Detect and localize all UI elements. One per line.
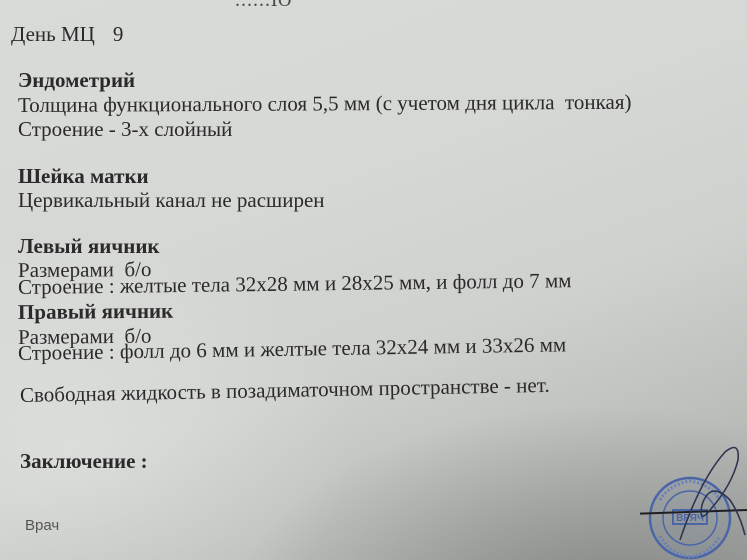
header-partial-text: ......Ю [235,0,293,12]
endometrium-structure: Строение - 3-х слойный [18,117,232,142]
cervix-heading: Шейка матки [18,164,149,189]
left-ovary-structure: Строение : желтые тела 32х28 мм и 28х25 … [18,268,572,300]
endometrium-heading: Эндометрий [18,68,135,93]
cycle-day-value: 9 [113,22,124,46]
endometrium-thickness: Толщина функционального слоя 5,5 мм (с у… [18,90,632,118]
cervix-canal: Цервикальный канал не расширен [18,188,325,213]
doctor-label: Врач [25,517,59,534]
free-fluid: Свободная жидкость в позадиматочном прос… [20,373,550,408]
cycle-day-label: День МЦ [11,22,95,46]
stamp-icon: ВРЯЧ [640,440,747,560]
right-ovary-heading: Правый яичник [18,299,173,325]
cycle-day: День МЦ9 [11,22,123,47]
left-ovary-heading: Левый яичник [18,234,160,259]
conclusion-label: Заключение : [20,449,148,474]
